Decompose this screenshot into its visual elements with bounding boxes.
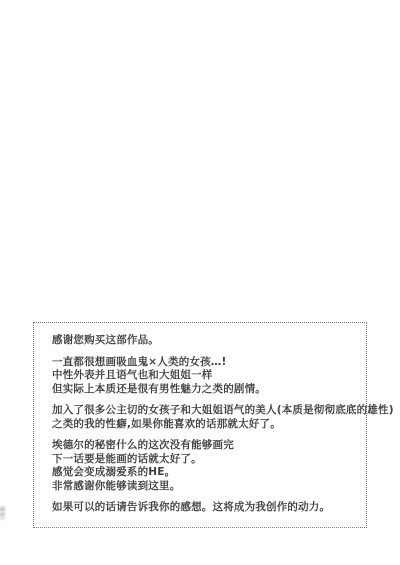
afterword-paragraph: 如果可以的话请告诉我你的感想。这将成为我创作的动力。 — [52, 501, 356, 515]
afterword-paragraph: 感谢您购买这部作品。 — [52, 334, 356, 348]
afterword-paragraph: 一直都很想画吸血鬼×人类的女孩…! 中性外表并且语气也和大姐姐一样 但实际上本质… — [52, 356, 356, 397]
afterword-line: 感谢您购买这部作品。 — [52, 334, 356, 348]
afterword-line: 下一话要是能画的话就太好了。 — [52, 453, 356, 467]
afterword-line: 之类的我的性癖,如果你能喜欢的话那就太好了。 — [52, 418, 356, 432]
afterword-line: 加入了很多公主切的女孩子和大姐姐语气的美人(本质是彻彻底底的雄性) — [52, 404, 356, 418]
afterword-line: 埃德尔的秘密什么的这次没有能够画完 — [52, 439, 356, 453]
afterword-line: 但实际上本质还是很有男性魅力之类的剧情。 — [52, 383, 356, 397]
afterword-line: 感觉会变成溺爱系的HE。 — [52, 466, 356, 480]
page-edge-print-mark — [0, 506, 5, 520]
afterword-line: 如果可以的话请告诉我你的感想。这将成为我创作的动力。 — [52, 501, 356, 515]
afterword-line: 非常感谢你能够读到这里。 — [52, 480, 356, 494]
afterword-text-box: 感谢您购买这部作品。 一直都很想画吸血鬼×人类的女孩…! 中性外表并且语气也和大… — [33, 322, 367, 528]
afterword-line: 一直都很想画吸血鬼×人类的女孩…! — [52, 356, 356, 370]
afterword-paragraph: 加入了很多公主切的女孩子和大姐姐语气的美人(本质是彻彻底底的雄性) 之类的我的性… — [52, 404, 356, 431]
afterword-line: 中性外表并且语气也和大姐姐一样 — [52, 369, 356, 383]
afterword-paragraph: 埃德尔的秘密什么的这次没有能够画完 下一话要是能画的话就太好了。 感觉会变成溺爱… — [52, 439, 356, 493]
afterword-page: 感谢您购买这部作品。 一直都很想画吸血鬼×人类的女孩…! 中性外表并且语气也和大… — [0, 0, 400, 565]
